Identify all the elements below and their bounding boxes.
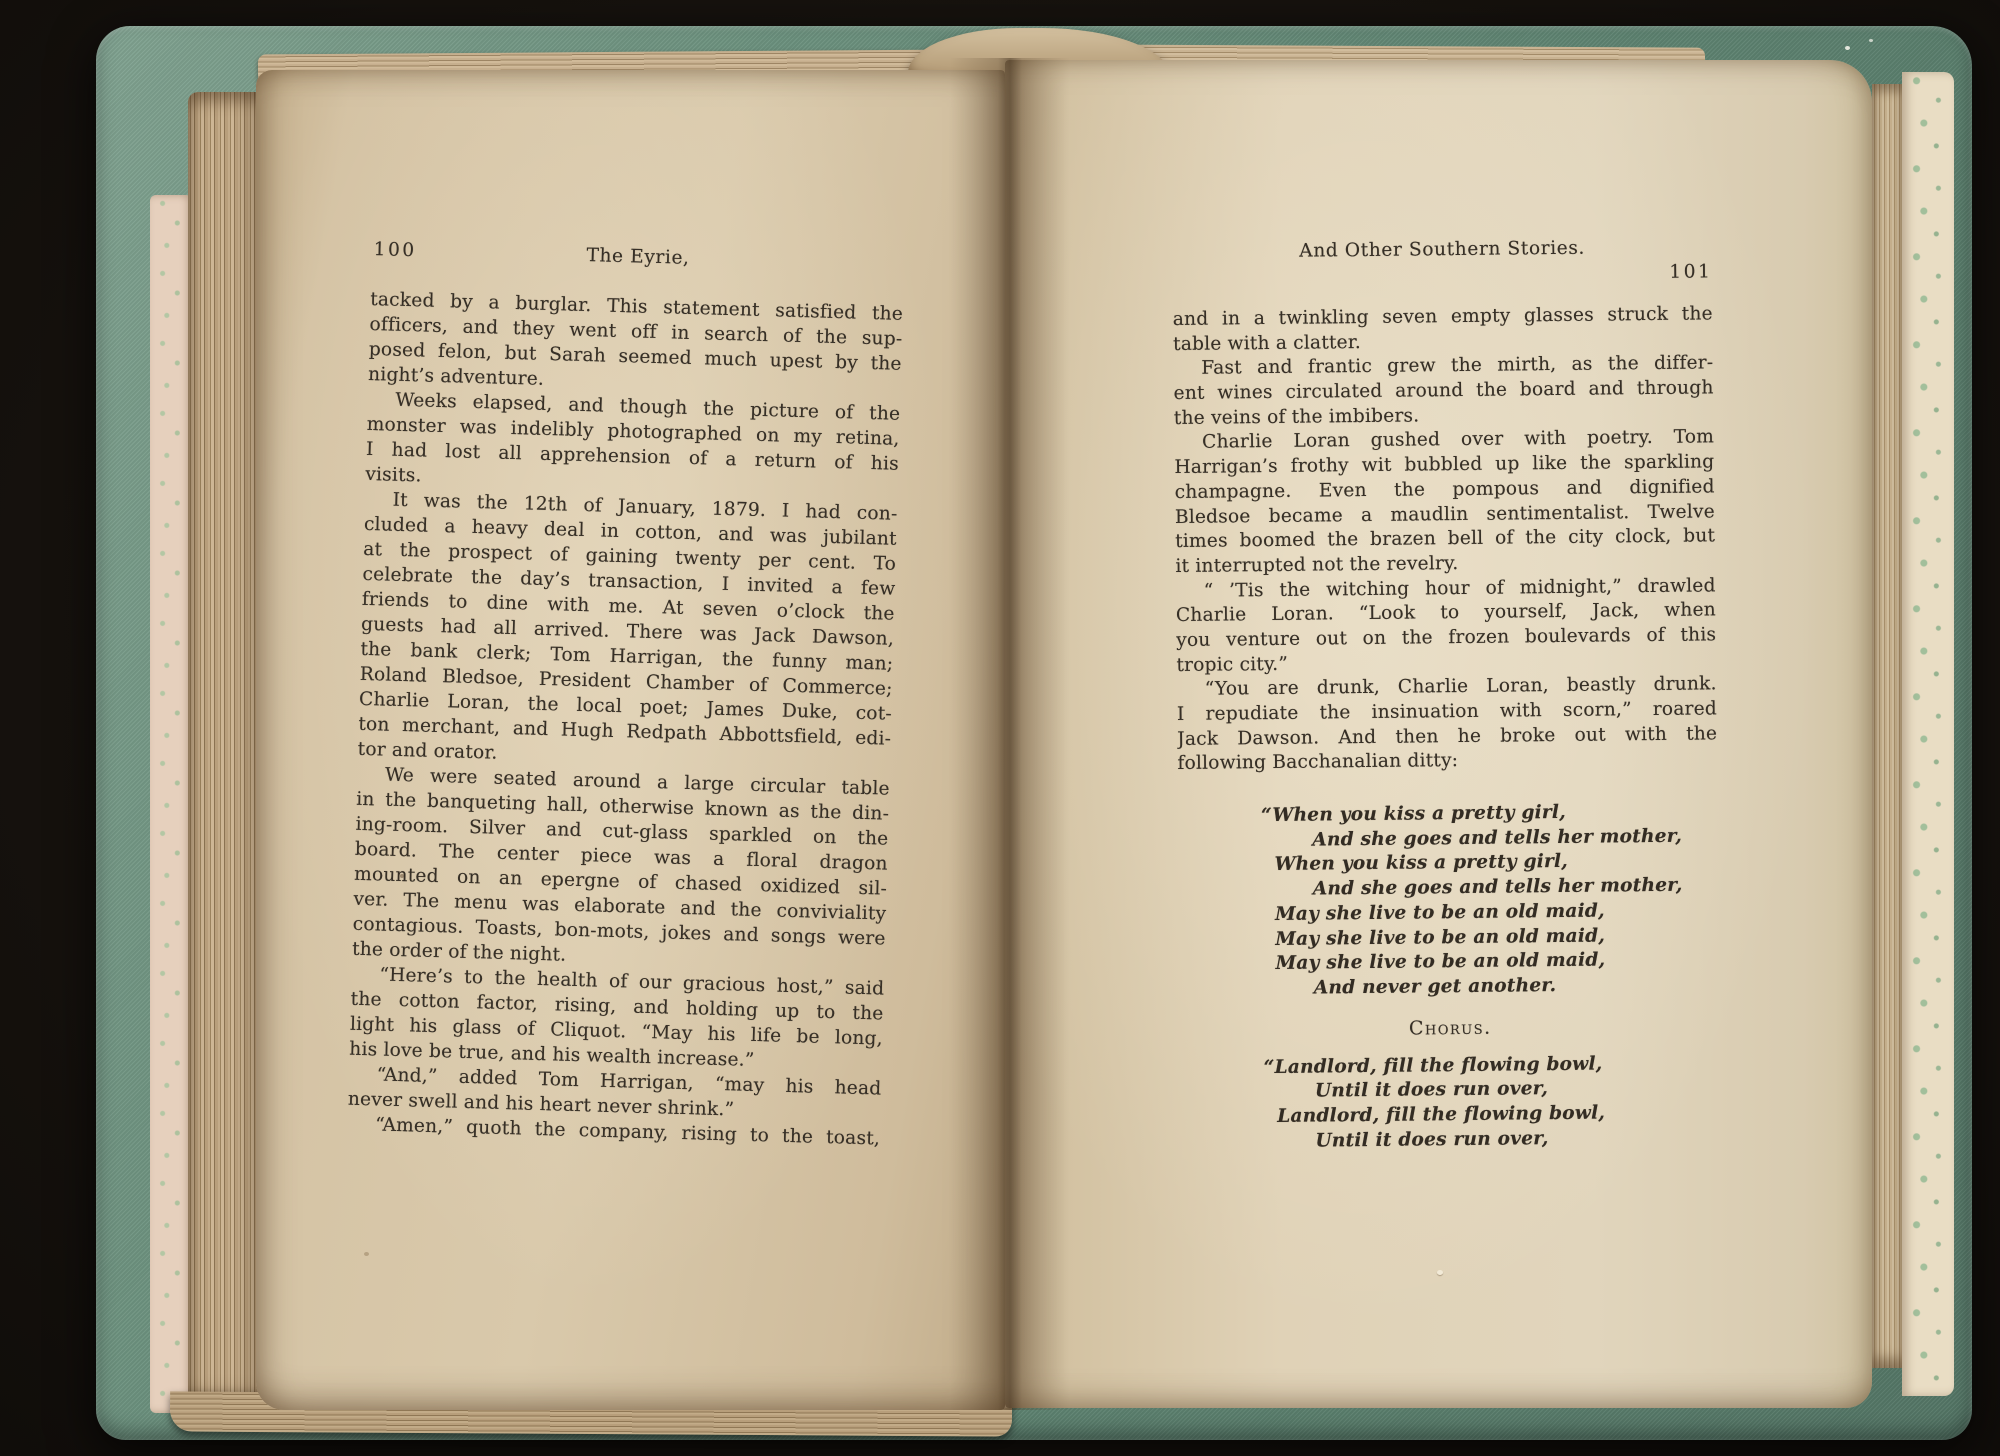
paragraph: “You are drunk, Charlie Loran, beastly d… bbox=[1177, 673, 1718, 777]
right-page-text: And Other Southern Stories. 101 and in a… bbox=[1172, 234, 1722, 1155]
paragraph: Weeks elapsed, and though the picture of… bbox=[365, 387, 901, 502]
right-page-edges bbox=[1872, 84, 1904, 1368]
dust-speck bbox=[1845, 46, 1850, 50]
page-number: 100 bbox=[373, 237, 417, 263]
page-flaw-speck bbox=[400, 874, 404, 878]
dust-speck bbox=[1869, 39, 1873, 42]
paragraph: “ ’Tis the witching hour of midnight,” d… bbox=[1176, 574, 1717, 678]
paragraph: “Here’s to the health of our gracious ho… bbox=[349, 962, 885, 1077]
ditty-verse: “When you kiss a pretty girl,And she goe… bbox=[1178, 799, 1720, 1002]
page-number: 101 bbox=[1669, 259, 1712, 284]
left-page-text: 100 The Eyrie, tacked by a burglar. This… bbox=[347, 237, 905, 1152]
paragraph: Charlie Loran gushed over with poetry. T… bbox=[1174, 426, 1716, 580]
running-title: And Other Southern Stories. bbox=[1172, 234, 1712, 265]
chorus-heading: Chorus. bbox=[1180, 1013, 1720, 1044]
page-flaw-speck bbox=[1437, 1270, 1443, 1275]
right-endpaper-floral bbox=[1902, 72, 1954, 1396]
text-line: following Bacchanalian ditty: bbox=[1177, 747, 1717, 777]
paragraph: We were seated around a large circular t… bbox=[352, 762, 890, 977]
verse-line: And never get another. bbox=[1180, 972, 1720, 1002]
right-page-body: and in a twinkling seven empty glasses s… bbox=[1173, 302, 1718, 777]
right-page-header: And Other Southern Stories. 101 bbox=[1172, 234, 1712, 265]
paragraph: tacked by a burglar. This statement sati… bbox=[368, 287, 904, 402]
page-flaw-speck bbox=[364, 1252, 369, 1256]
book-photo: 100 The Eyrie, tacked by a burglar. This… bbox=[0, 0, 2000, 1456]
left-page-body: tacked by a burglar. This statement sati… bbox=[347, 287, 904, 1152]
left-endpaper bbox=[150, 195, 192, 1413]
chorus-verse: “Landlord, fill the flowing bowl,Until i… bbox=[1181, 1051, 1722, 1155]
paragraph: It was the 12th of January, 1879. I had … bbox=[357, 487, 897, 777]
paragraph: Fast and frantic grew the mirth, as the … bbox=[1173, 352, 1714, 432]
paragraph: and in a twinkling seven empty glasses s… bbox=[1173, 302, 1713, 357]
